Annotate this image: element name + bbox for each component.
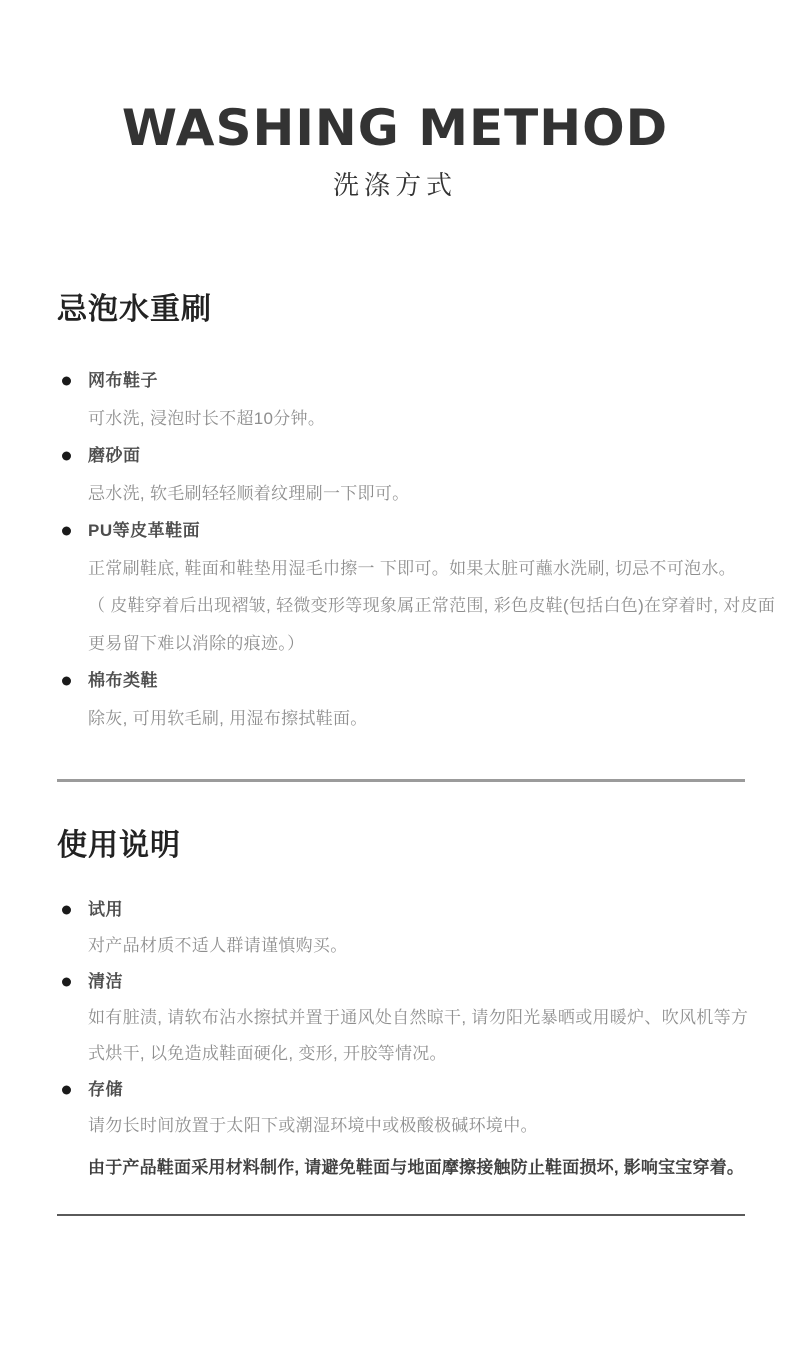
- item-label: 棉布类鞋: [88, 671, 158, 690]
- item-label: PU等皮革鞋面: [88, 521, 200, 540]
- item-label-row: 存储: [88, 1072, 745, 1108]
- section-usage-instructions: 使用说明 试用 对产品材质不适人群请谨慎购买。 清洁 如有脏渍, 请软布沾水擦拭…: [57, 828, 745, 1186]
- item-label: 试用: [88, 900, 123, 919]
- item-description-line: 正常刷鞋底, 鞋面和鞋垫用湿毛巾擦一 下即可。如果太脏可蘸水洗刷, 切忌不可泡水…: [88, 550, 745, 588]
- list-item-cleaning: 清洁 如有脏渍, 请软布沾水擦拭并置于通风处自然晾干, 请勿阳光暴晒或用暖炉、吹…: [88, 964, 745, 1072]
- page-subtitle: 洗涤方式: [0, 172, 790, 198]
- usage-warning-note: 由于产品鞋面采用材料制作, 请避免鞋面与地面摩擦接触防止鞋面损坏, 影响宝宝穿着…: [57, 1150, 745, 1186]
- item-description-line: （ 皮鞋穿着后出现褶皱, 轻微变形等现象属正常范围, 彩色皮鞋(包括白色)在穿着…: [88, 587, 745, 625]
- list-item-matte-surface: 磨砂面 忌水洗, 软毛刷轻轻顺着纹理刷一下即可。: [88, 437, 745, 512]
- item-description-line: 更易留下难以消除的痕迹。）: [88, 625, 745, 663]
- item-description-line: 式烘干, 以免造成鞋面硬化, 变形, 开胶等情况。: [88, 1036, 745, 1072]
- item-description-line: 对产品材质不适人群请谨慎购买。: [88, 928, 745, 964]
- bullet-icon: [62, 906, 71, 915]
- bullet-icon: [62, 978, 71, 987]
- usage-items-list: 试用 对产品材质不适人群请谨慎购买。 清洁 如有脏渍, 请软布沾水擦拭并置于通风…: [57, 892, 745, 1144]
- bullet-icon: [62, 451, 71, 460]
- section-heading-washing: 忌泡水重刷: [57, 292, 745, 328]
- item-description-line: 可水洗, 浸泡时长不超10分钟。: [88, 400, 745, 438]
- item-description-line: 忌水洗, 软毛刷轻轻顺着纹理刷一下即可。: [88, 475, 745, 513]
- item-label: 清洁: [88, 972, 123, 991]
- item-label-row: 清洁: [88, 964, 745, 1000]
- bottom-divider: [57, 1214, 745, 1216]
- list-item-pu-leather: PU等皮革鞋面 正常刷鞋底, 鞋面和鞋垫用湿毛巾擦一 下即可。如果太脏可蘸水洗刷…: [88, 512, 745, 662]
- section-divider: [57, 779, 745, 782]
- item-label-row: 棉布类鞋: [88, 662, 745, 700]
- page-content: 忌泡水重刷 网布鞋子 可水洗, 浸泡时长不超10分钟。 磨砂面 忌水洗, 软毛刷…: [0, 292, 790, 1216]
- washing-items-list: 网布鞋子 可水洗, 浸泡时长不超10分钟。 磨砂面 忌水洗, 软毛刷轻轻顺着纹理…: [57, 362, 745, 737]
- item-label: 磨砂面: [88, 446, 141, 465]
- list-item-cotton-shoes: 棉布类鞋 除灰, 可用软毛刷, 用湿布擦拭鞋面。: [88, 662, 745, 737]
- list-item-trial: 试用 对产品材质不适人群请谨慎购买。: [88, 892, 745, 964]
- care-instructions-page: WASHING METHOD 洗涤方式 忌泡水重刷 网布鞋子 可水洗, 浸泡时长…: [0, 0, 790, 1364]
- item-label-row: 网布鞋子: [88, 362, 745, 400]
- item-label-row: 磨砂面: [88, 437, 745, 475]
- list-item-storage: 存储 请勿长时间放置于太阳下或潮湿环境中或极酸极碱环境中。: [88, 1072, 745, 1144]
- section-washing-method: 忌泡水重刷 网布鞋子 可水洗, 浸泡时长不超10分钟。 磨砂面 忌水洗, 软毛刷…: [57, 292, 745, 737]
- item-label: 存储: [88, 1080, 123, 1099]
- bullet-icon: [62, 676, 71, 685]
- page-title: WASHING METHOD: [0, 100, 790, 156]
- item-description-line: 如有脏渍, 请软布沾水擦拭并置于通风处自然晾干, 请勿阳光暴晒或用暖炉、吹风机等…: [88, 1000, 745, 1036]
- bullet-icon: [62, 376, 71, 385]
- bullet-icon: [62, 526, 71, 535]
- item-label-row: 试用: [88, 892, 745, 928]
- item-description-line: 除灰, 可用软毛刷, 用湿布擦拭鞋面。: [88, 700, 745, 738]
- item-label-row: PU等皮革鞋面: [88, 512, 745, 550]
- bullet-icon: [62, 1086, 71, 1095]
- page-header: WASHING METHOD 洗涤方式: [0, 0, 790, 198]
- list-item-mesh-shoes: 网布鞋子 可水洗, 浸泡时长不超10分钟。: [88, 362, 745, 437]
- item-description-line: 请勿长时间放置于太阳下或潮湿环境中或极酸极碱环境中。: [88, 1108, 745, 1144]
- item-label: 网布鞋子: [88, 371, 158, 390]
- section-heading-usage: 使用说明: [57, 828, 745, 864]
